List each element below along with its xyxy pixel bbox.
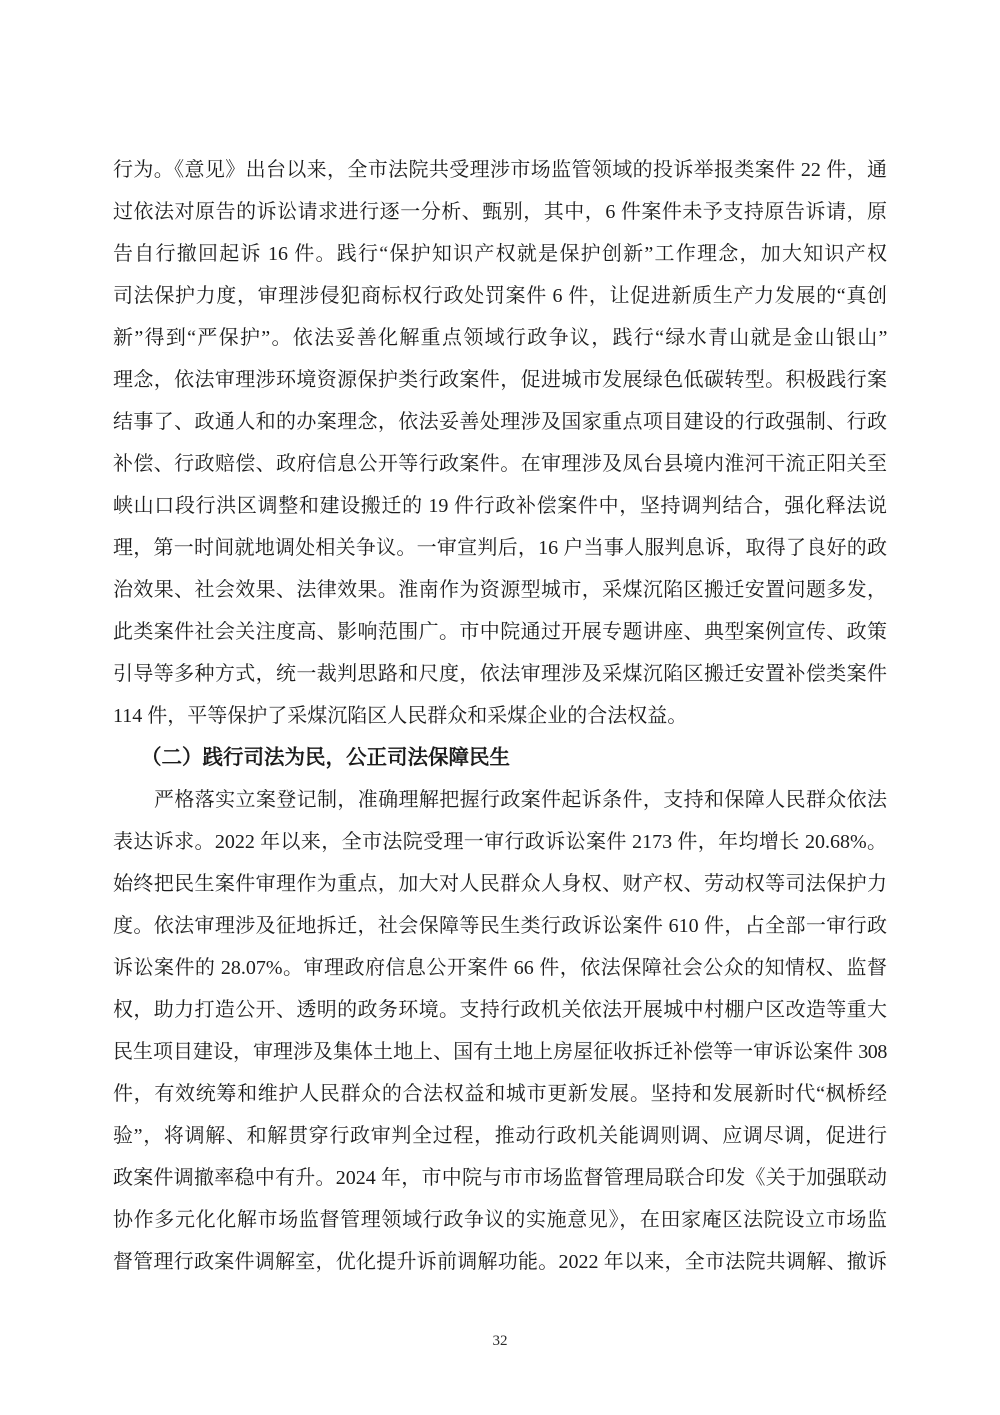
text-line: 引导等多种方式，统一裁判思路和尺度，依法审理涉及采煤沉陷区搬迁安置补偿类案件 <box>113 653 887 695</box>
page-number: 32 <box>0 1331 1000 1351</box>
text-line: 理，第一时间就地调处相关争议。一审宣判后，16 户当事人服判息诉，取得了良好的政 <box>113 527 887 569</box>
text-line: 验”，将调解、和解贯穿行政审判全过程，推动行政机关能调则调、应调尽调，促进行 <box>113 1115 887 1157</box>
text-line: 过依法对原告的诉讼请求进行逐一分析、甄别，其中，6 件案件未予支持原告诉请，原 <box>113 191 887 233</box>
text-line: 严格落实立案登记制，准确理解把握行政案件起诉条件，支持和保障人民群众依法 <box>113 779 887 821</box>
paragraph-1: 行为。《意见》出台以来，全市法院共受理涉市场监管领域的投诉举报类案件 22 件，… <box>113 149 887 737</box>
text-line: 权，助力打造公开、透明的政务环境。支持行政机关依法开展城中村棚户区改造等重大 <box>113 989 887 1031</box>
text-line: 峡山口段行洪区调整和建设搬迁的 19 件行政补偿案件中，坚持调判结合，强化释法说 <box>113 485 887 527</box>
text-line: 政案件调撤率稳中有升。2024 年，市中院与市市场监督管理局联合印发《关于加强联… <box>113 1157 887 1199</box>
text-line: 告自行撤回起诉 16 件。践行“保护知识产权就是保护创新”工作理念，加大知识产权 <box>113 233 887 275</box>
text-line: 新”得到“严保护”。依法妥善化解重点领域行政争议，践行“绿水青山就是金山银山” <box>113 317 887 359</box>
text-line: 始终把民生案件审理作为重点，加大对人民群众人身权、财产权、劳动权等司法保护力 <box>113 863 887 905</box>
text-line: 件，有效统筹和维护人民群众的合法权益和城市更新发展。坚持和发展新时代“枫桥经 <box>113 1073 887 1115</box>
text-line: 理念，依法审理涉环境资源保护类行政案件，促进城市发展绿色低碳转型。积极践行案 <box>113 359 887 401</box>
document-body: 行为。《意见》出台以来，全市法院共受理涉市场监管领域的投诉举报类案件 22 件，… <box>113 149 887 1283</box>
text-line: 补偿、行政赔偿、政府信息公开等行政案件。在审理涉及凤台县境内淮河干流正阳关至 <box>113 443 887 485</box>
text-line: 此类案件社会关注度高、影响范围广。市中院通过开展专题讲座、典型案例宣传、政策 <box>113 611 887 653</box>
section-heading: （二）践行司法为民，公正司法保障民生 <box>113 737 887 779</box>
text-line: 结事了、政通人和的办案理念，依法妥善处理涉及国家重点项目建设的行政强制、行政 <box>113 401 887 443</box>
text-line: 诉讼案件的 28.07%。审理政府信息公开案件 66 件，依法保障社会公众的知情… <box>113 947 887 989</box>
text-line: 114 件，平等保护了采煤沉陷区人民群众和采煤企业的合法权益。 <box>113 695 887 737</box>
text-line: 行为。《意见》出台以来，全市法院共受理涉市场监管领域的投诉举报类案件 22 件，… <box>113 149 887 191</box>
text-line: 协作多元化化解市场监督管理领域行政争议的实施意见》，在田家庵区法院设立市场监 <box>113 1199 887 1241</box>
text-line: 表达诉求。2022 年以来，全市法院受理一审行政诉讼案件 2173 件，年均增长… <box>113 821 887 863</box>
text-line: 度。依法审理涉及征地拆迁，社会保障等民生类行政诉讼案件 610 件，占全部一审行… <box>113 905 887 947</box>
text-line: 治效果、社会效果、法律效果。淮南作为资源型城市，采煤沉陷区搬迁安置问题多发， <box>113 569 887 611</box>
document-page: 行为。《意见》出台以来，全市法院共受理涉市场监管领域的投诉举报类案件 22 件，… <box>0 0 1000 1415</box>
paragraph-2: 严格落实立案登记制，准确理解把握行政案件起诉条件，支持和保障人民群众依法 表达诉… <box>113 779 887 1283</box>
text-line: 民生项目建设，审理涉及集体土地上、国有土地上房屋征收拆迁补偿等一审诉讼案件 30… <box>113 1031 887 1073</box>
text-line: 督管理行政案件调解室，优化提升诉前调解功能。2022 年以来，全市法院共调解、撤… <box>113 1241 887 1283</box>
text-line: 司法保护力度，审理涉侵犯商标权行政处罚案件 6 件，让促进新质生产力发展的“真创 <box>113 275 887 317</box>
